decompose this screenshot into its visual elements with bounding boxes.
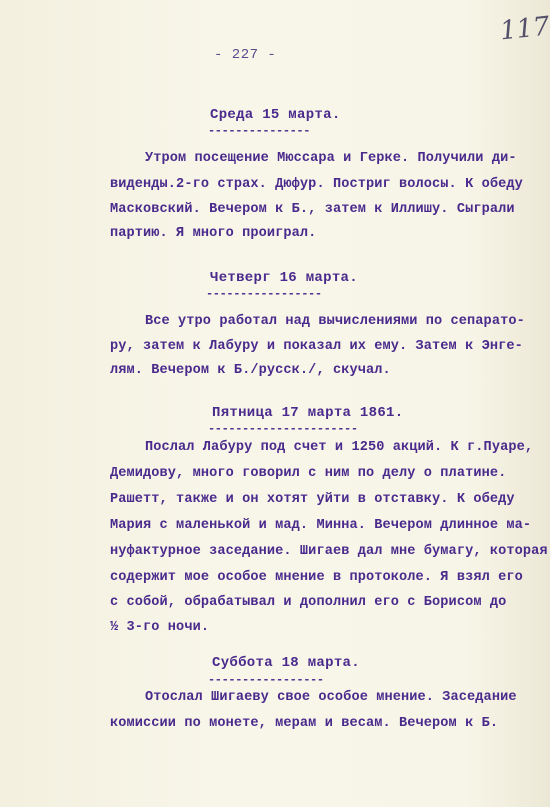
page-number: - 227 - <box>214 47 276 63</box>
heading-underline: ----------------- <box>208 676 324 684</box>
entry-heading-friday: Пятница 17 марта 1861. <box>212 405 403 421</box>
entry-line: ½ 3-го ночи. <box>110 620 209 635</box>
entry-heading-saturday: Суббота 18 марта. <box>212 655 360 671</box>
entry-line: с собой, обрабатывал и дополнил его с Бо… <box>110 595 506 610</box>
entry-line: Рашетт, также и он хотят уйти в отставку… <box>110 492 515 507</box>
entry-line: Мария с маленькой и мад. Минна. Вечером … <box>110 518 531 533</box>
entry-line: Все утро работал над вычислениями по сеп… <box>145 314 525 329</box>
entry-line: партию. Я много проиграл. <box>110 226 316 241</box>
entry-line: содержит мое особое мнение в протоколе. … <box>110 570 523 585</box>
entry-line: Утром посещение Мюссара и Герке. Получил… <box>145 151 517 166</box>
heading-underline: ----------------- <box>206 290 322 298</box>
entry-line: нуфактурное заседание. Шигаев дал мне бу… <box>110 544 548 559</box>
entry-line: Демидову, много говорил с ним по делу о … <box>110 466 506 481</box>
entry-line: Масковский. Вечером к Б., затем к Иллишу… <box>110 202 515 217</box>
entry-line: ру, затем к Лабуру и показал их ему. Зат… <box>110 339 523 354</box>
entry-line: Послал Лабуру под счет и 1250 акций. К г… <box>145 440 533 455</box>
entry-heading-wednesday: Среда 15 марта. <box>210 107 341 123</box>
entry-line: виденды.2-го страх. Дюфур. Постриг волос… <box>110 177 523 192</box>
entry-heading-thursday: Четверг 16 марта. <box>210 270 358 286</box>
entry-line: лям. Вечером к Б./русск./, скучал. <box>110 363 391 378</box>
entry-line: комиссии по монете, мерам и весам. Вечер… <box>110 716 498 731</box>
archive-folio-number: 117 <box>499 11 550 46</box>
heading-underline: --------------- <box>208 127 310 135</box>
entry-line: Отослал Шигаеву свое особое мнение. Засе… <box>145 690 517 705</box>
heading-underline: ---------------------- <box>208 425 358 433</box>
typewritten-page: 117 - 227 - Среда 15 марта. ------------… <box>0 0 550 807</box>
